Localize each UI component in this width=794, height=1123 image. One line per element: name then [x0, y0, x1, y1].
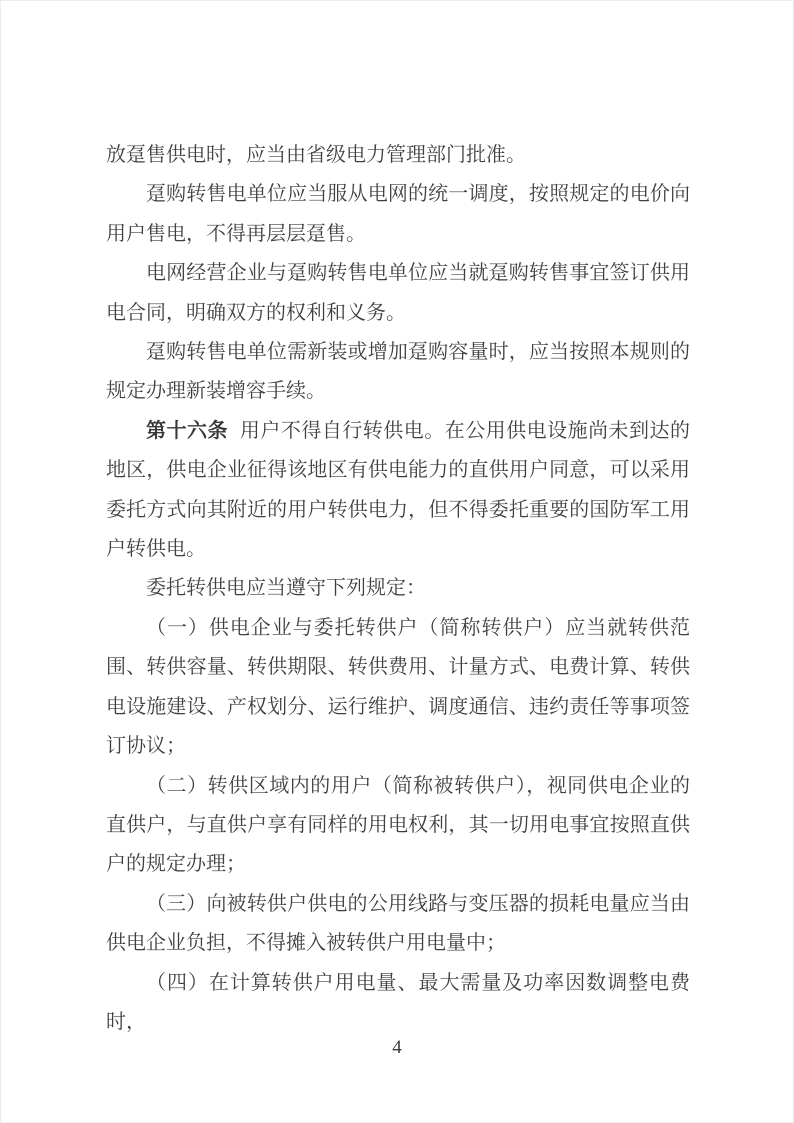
article-16-label: 第十六条	[146, 420, 228, 442]
paragraph-1: 放趸售供电时，应当由省级电力管理部门批准。	[106, 136, 690, 175]
paragraph-1-text: 放趸售供电时，应当由省级电力管理部门批准。	[106, 144, 526, 166]
paragraph-5-article-16: 第十六条用户不得自行转供电。在公用供电设施尚未到达的地区，供电企业征得该地区有供…	[106, 412, 690, 570]
paragraph-9-item-3: （三）向被转供户供电的公用线路与变压器的损耗电量应当由供电企业负担，不得摊入被转…	[106, 885, 690, 964]
paragraph-2-text: 趸购转售电单位应当服从电网的统一调度，按照规定的电价向用户售电，不得再层层趸售。	[106, 183, 690, 244]
paragraph-2: 趸购转售电单位应当服从电网的统一调度，按照规定的电价向用户售电，不得再层层趸售。	[106, 175, 690, 254]
paragraph-6: 委托转供电应当遵守下列规定：	[106, 569, 690, 608]
paragraph-7-text: （一）供电企业与委托转供户（简称转供户）应当就转供范围、转供容量、转供期限、转供…	[106, 617, 690, 757]
paragraph-8-item-2: （二）转供区域内的用户（简称被转供户），视同供电企业的直供户，与直供户享有同样的…	[106, 767, 690, 885]
paragraph-3-text: 电网经营企业与趸购转售电单位应当就趸购转售事宜签订供用电合同，明确双方的权利和义…	[106, 262, 690, 323]
paragraph-7-item-1: （一）供电企业与委托转供户（简称转供户）应当就转供范围、转供容量、转供期限、转供…	[106, 609, 690, 767]
paragraph-4: 趸购转售电单位需新装或增加趸购容量时，应当按照本规则的规定办理新装增容手续。	[106, 333, 690, 412]
paragraph-6-text: 委托转供电应当遵守下列规定：	[146, 577, 426, 599]
document-text-block: 放趸售供电时，应当由省级电力管理部门批准。 趸购转售电单位应当服从电网的统一调度…	[106, 136, 690, 1042]
paragraph-4-text: 趸购转售电单位需新装或增加趸购容量时，应当按照本规则的规定办理新装增容手续。	[106, 341, 690, 402]
page-number: 4	[1, 1037, 793, 1059]
paragraph-3: 电网经营企业与趸购转售电单位应当就趸购转售事宜签订供用电合同，明确双方的权利和义…	[106, 254, 690, 333]
paragraph-10-item-4: （四）在计算转供户用电量、最大需量及功率因数调整电费时，	[106, 964, 690, 1043]
paragraph-10-text: （四）在计算转供户用电量、最大需量及功率因数调整电费时，	[106, 972, 690, 1033]
paragraph-8-text: （二）转供区域内的用户（简称被转供户），视同供电企业的直供户，与直供户享有同样的…	[106, 775, 690, 876]
document-page: 放趸售供电时，应当由省级电力管理部门批准。 趸购转售电单位应当服从电网的统一调度…	[0, 0, 794, 1123]
paragraph-9-text: （三）向被转供户供电的公用线路与变压器的损耗电量应当由供电企业负担，不得摊入被转…	[106, 893, 690, 954]
